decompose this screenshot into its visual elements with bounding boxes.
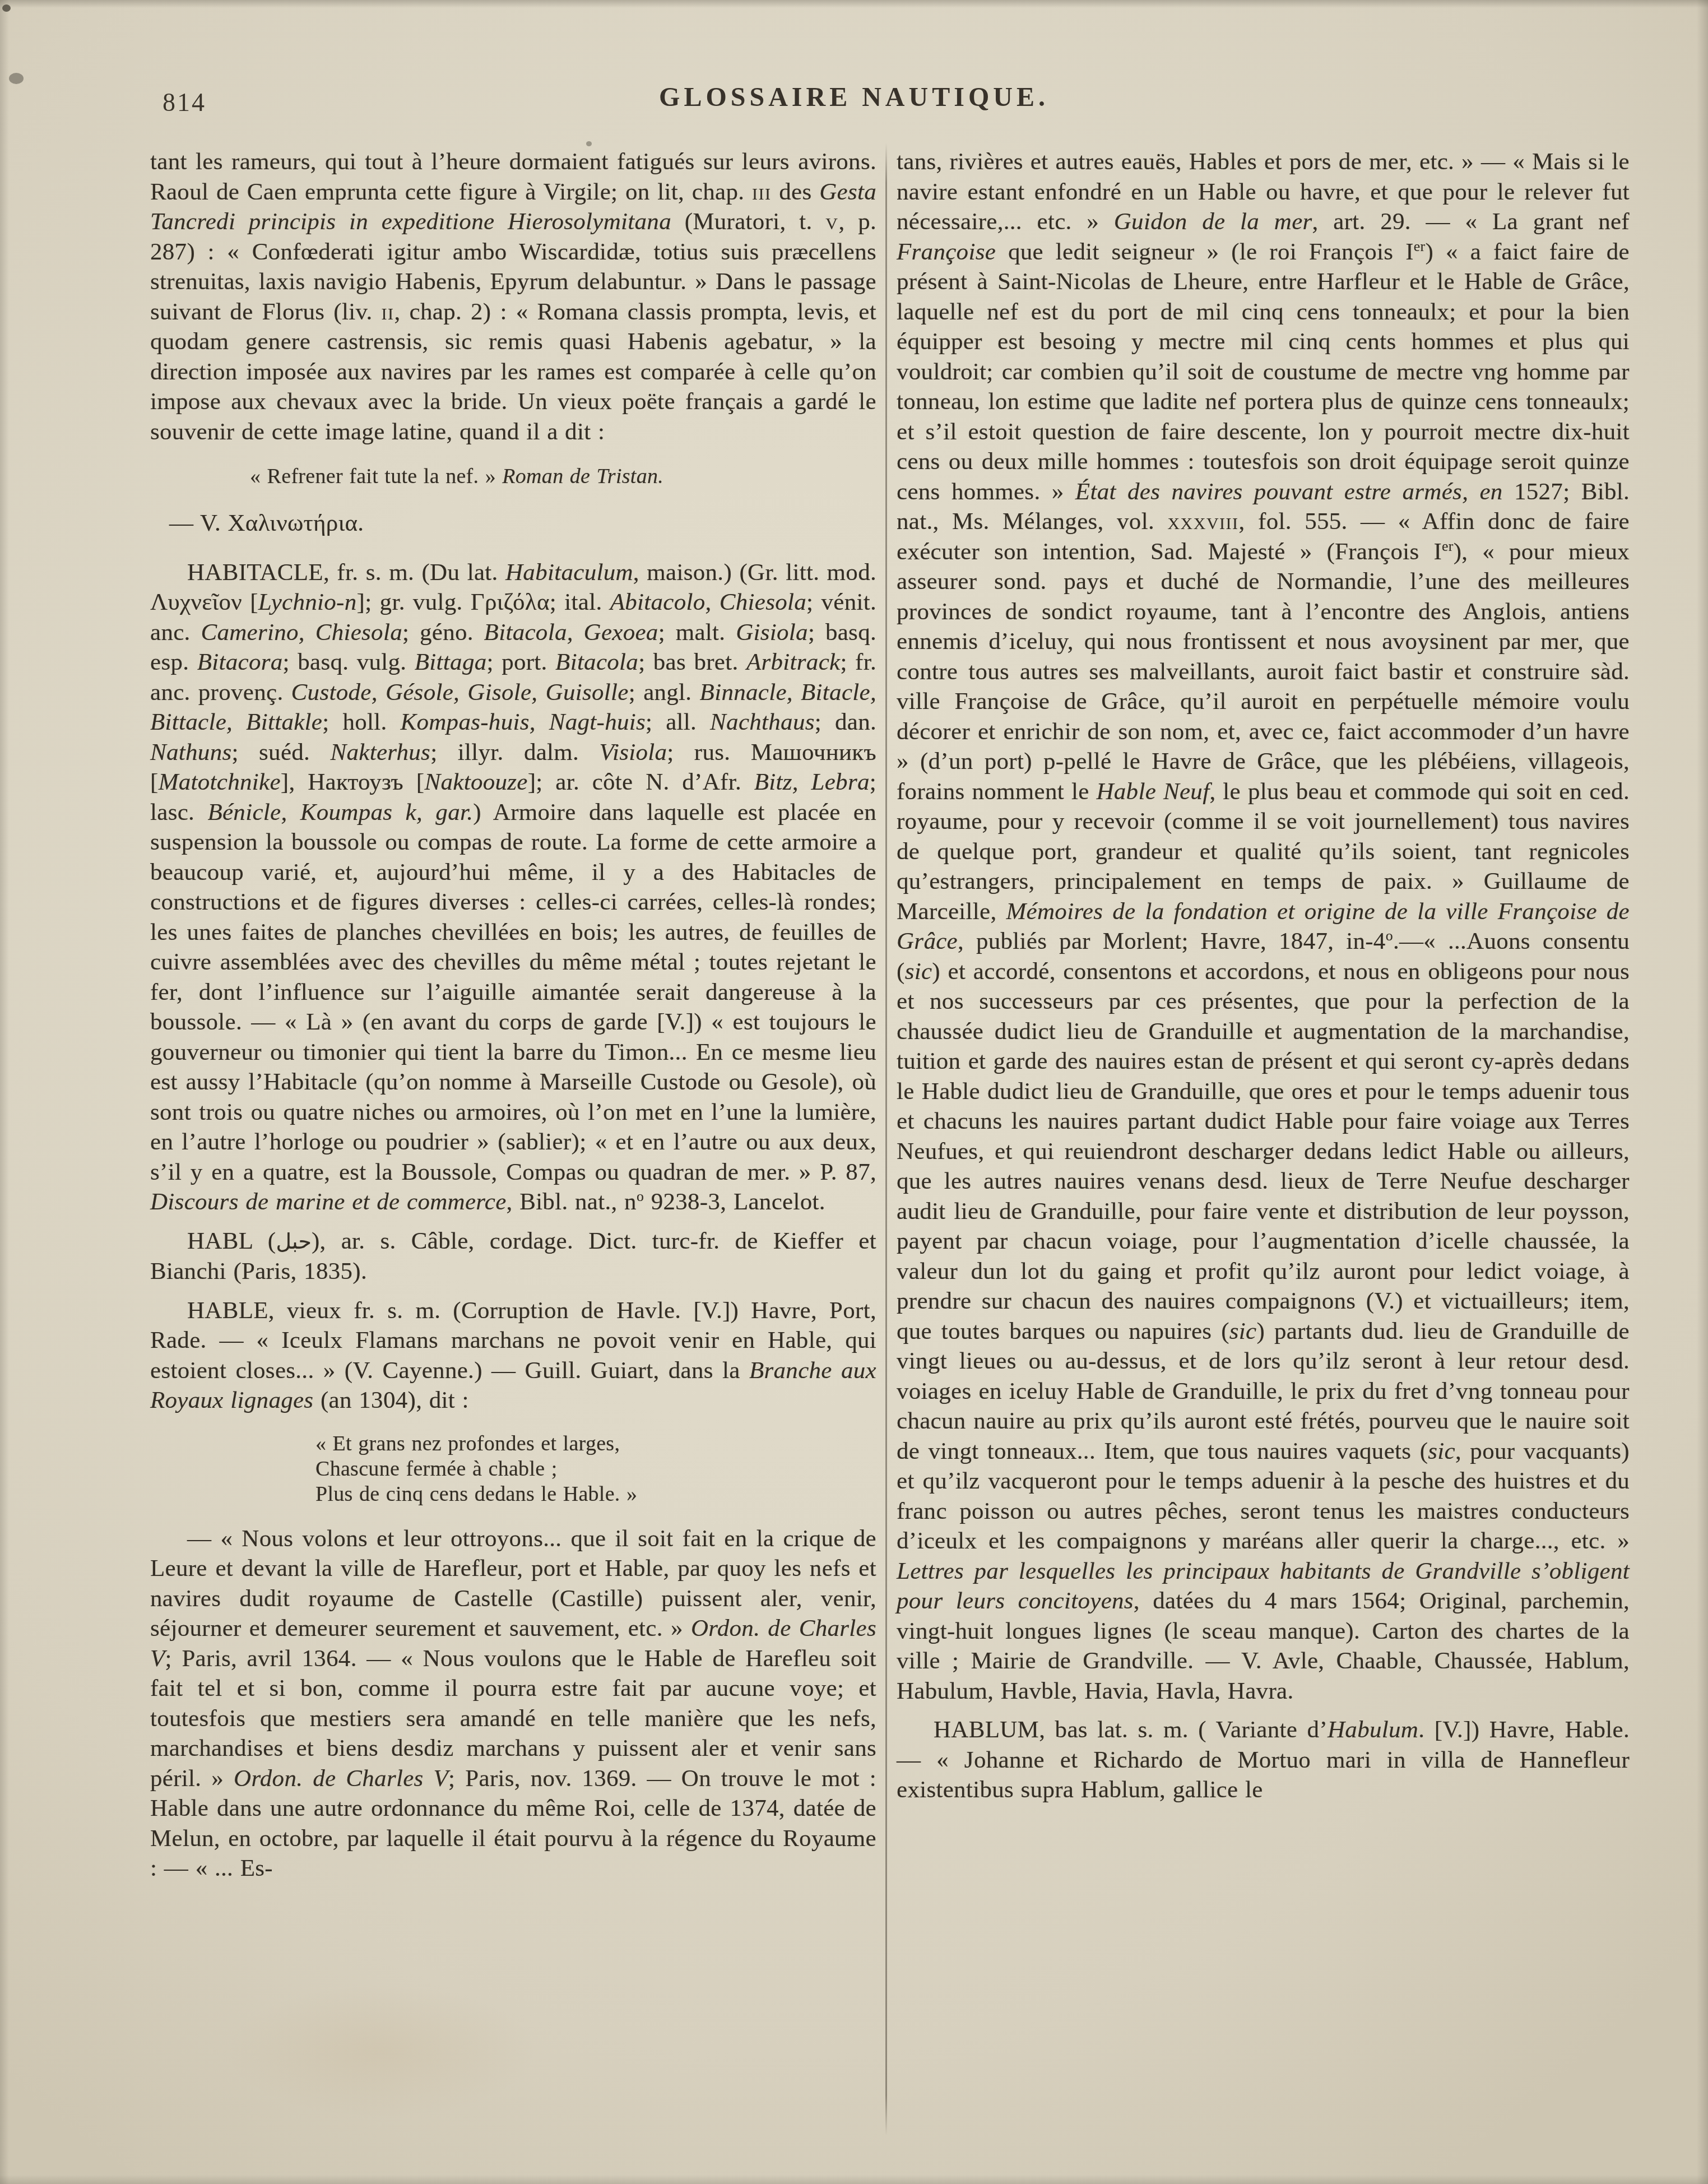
text-segment: Françoise	[897, 239, 996, 265]
text-segment: ]; ar. côte N. d’Afr.	[528, 769, 754, 795]
scan-edge-shadow-bottom	[0, 2175, 1708, 2184]
text-segment: ; basq. vulg.	[283, 649, 415, 675]
text-segment: , Bibl. nat., n	[507, 1189, 637, 1215]
text-segment: ; malt.	[658, 619, 736, 646]
text-segment: ; all.	[646, 709, 710, 735]
paper-stain	[224, 1984, 538, 2118]
paper-speck	[2, 4, 11, 12]
paragraph-continuation-habenis: tant les rameurs, qui tout à l’heure dor…	[150, 147, 876, 447]
text-segment: Plus de cinq cens dedans le Hable. »	[315, 1482, 637, 1506]
text-segment: Kompas-huis, Nagt-huis	[400, 709, 646, 735]
text-segment: ; suéd.	[231, 739, 330, 766]
text-segment: , art. 29. — « La grant nef	[1312, 208, 1630, 235]
text-segment: Nachthaus	[710, 709, 815, 735]
text-segment: Gisiola	[736, 619, 808, 646]
right-column: tans, rivières et autres eauës, Hables e…	[897, 147, 1630, 1805]
text-segment: Abitacolo, Chiesola	[610, 589, 806, 615]
text-segment: Bittaga	[415, 649, 487, 675]
text-segment: ; port.	[487, 649, 556, 675]
scan-edge-shadow-top	[0, 0, 1708, 8]
scanned-book-page: 814 GLOSSAIRE NAUTIQUE. tant les rameurs…	[0, 0, 1708, 2184]
text-segment: iii	[752, 179, 771, 205]
text-segment: ], Нактоузъ [	[281, 769, 425, 795]
text-segment: État des navires pouvant estre armés, en	[1075, 479, 1503, 505]
text-segment: Matotchnike	[159, 769, 281, 795]
text-segment: o	[1386, 928, 1393, 944]
verse-line: Plus de cinq cens dedans le Hable. »	[315, 1482, 876, 1507]
text-segment: ) Armoire dans laquelle est placée en su…	[150, 799, 876, 1185]
text-segment: Bitz, Lebra	[754, 769, 870, 795]
verse-line: Chascune fermée à chable ;	[315, 1457, 876, 1482]
text-segment: ii	[382, 299, 394, 325]
text-segment: er	[1442, 537, 1454, 554]
text-segment: ) et accordé, consentons et accordons, e…	[897, 958, 1630, 1344]
text-segment: (Muratori, t.	[671, 208, 825, 235]
text-segment: Habitaculum	[505, 559, 633, 586]
text-segment: Habulum	[1328, 1717, 1418, 1743]
text-segment: (an 1304), dit :	[313, 1387, 468, 1413]
text-segment: ; bas bret.	[638, 649, 746, 675]
text-segment: Chascune fermée à chable ;	[315, 1457, 558, 1481]
paragraph-continuation-estans: tans, rivières et autres eauës, Hables e…	[897, 147, 1630, 1706]
text-segment: des	[772, 179, 820, 205]
left-column: tant les rameurs, qui tout à l’heure dor…	[150, 147, 876, 1884]
text-segment: ; angl.	[629, 679, 700, 706]
text-segment: Bitacola, Gexoea	[484, 619, 658, 646]
paragraph-hable-ordonnances: — « Nous volons et leur ottroyons... que…	[150, 1524, 876, 1884]
scan-edge-shadow-right	[1697, 0, 1708, 2184]
text-segment: ) « a faict faire de présent à Saint-Nic…	[897, 239, 1630, 505]
text-segment: sic	[1428, 1438, 1455, 1464]
text-segment: Ordon. de Charles V	[234, 1765, 448, 1792]
text-segment: sic	[905, 958, 932, 985]
text-segment: Visiola	[600, 739, 667, 766]
text-segment: Roman de Tristan.	[502, 465, 663, 488]
text-segment: حبل	[276, 1229, 311, 1254]
entry-habitacle: HABITACLE, fr. s. m. (Du lat. Habitaculu…	[150, 558, 876, 1217]
verse-line: « Et grans nez profondes et larges,	[315, 1431, 876, 1457]
text-segment: v	[825, 208, 838, 235]
entry-hable: HABLE, vieux fr. s. m. (Corruption de Ha…	[150, 1296, 876, 1416]
column-divider	[885, 143, 887, 2135]
text-segment: Nakterhus	[330, 739, 430, 766]
text-segment: Nathuns	[150, 739, 231, 766]
text-segment: er	[1414, 238, 1426, 254]
entry-habl: HABL (حبل), ar. s. Câble, cordage. Dict.…	[150, 1226, 876, 1287]
text-segment: « Et grans nez profondes et larges,	[315, 1432, 620, 1455]
text-segment: Hable Neuf	[1096, 778, 1209, 805]
text-segment: « Refrener fait tute la nef. »	[250, 465, 502, 488]
entry-hablum: HABLUM, bas lat. s. m. ( Variante d’Habu…	[897, 1715, 1630, 1805]
text-segment: sic	[1229, 1318, 1257, 1344]
text-segment: Discours de marine et de commerce	[150, 1189, 507, 1215]
page-title: GLOSSAIRE NAUTIQUE.	[0, 82, 1708, 113]
text-segment: ; holl.	[322, 709, 400, 735]
quote-roman-de-tristan: « Refrener fait tute la nef. » Roman de …	[250, 463, 876, 489]
text-segment: HABITACLE, fr. s. m. (Du lat.	[187, 559, 505, 586]
text-segment: Camerino, Chiesola	[201, 619, 402, 646]
text-segment: , publiés par Morlent; Havre, 1847, in-4	[958, 928, 1386, 954]
text-segment: HABL (	[187, 1228, 276, 1254]
text-segment: HABLUM, bas lat. s. m. ( Variante d’	[934, 1717, 1328, 1743]
text-segment: — V. Χαλινωτήρια.	[169, 510, 364, 536]
text-segment: xxxviii	[1167, 508, 1238, 535]
text-segment: que ledit seigneur » (le roi François I	[996, 239, 1414, 265]
text-segment: ; dan.	[815, 709, 876, 735]
text-segment: Bitacola	[555, 649, 638, 675]
text-segment: Guidon de la mer	[1114, 208, 1312, 235]
text-segment: ; illyr. dalm.	[430, 739, 599, 766]
text-segment: Custode, Gésole, Gisole, Guisolle	[291, 679, 629, 706]
text-segment: ), « pour mieux asseurer sond. pays et d…	[897, 539, 1630, 805]
text-segment: o	[637, 1188, 644, 1204]
text-segment: ; géno.	[402, 619, 484, 646]
text-segment: 9238-3, Lancelot.	[644, 1189, 825, 1215]
text-segment: Lychnio-n	[258, 589, 357, 615]
text-segment: Bitacora	[197, 649, 283, 675]
paper-speck	[586, 141, 592, 146]
text-segment: ]; gr. vulg. Γριζόλα; ital.	[357, 589, 610, 615]
text-segment: Naktoouze	[424, 769, 527, 795]
cross-reference-greek: — V. Χαλινωτήρια.	[150, 508, 876, 539]
scan-edge-shadow-left	[0, 0, 9, 2184]
text-segment: Bénicle, Koumpas k, gar.	[207, 799, 473, 826]
text-segment: Arbitrack	[746, 649, 841, 675]
